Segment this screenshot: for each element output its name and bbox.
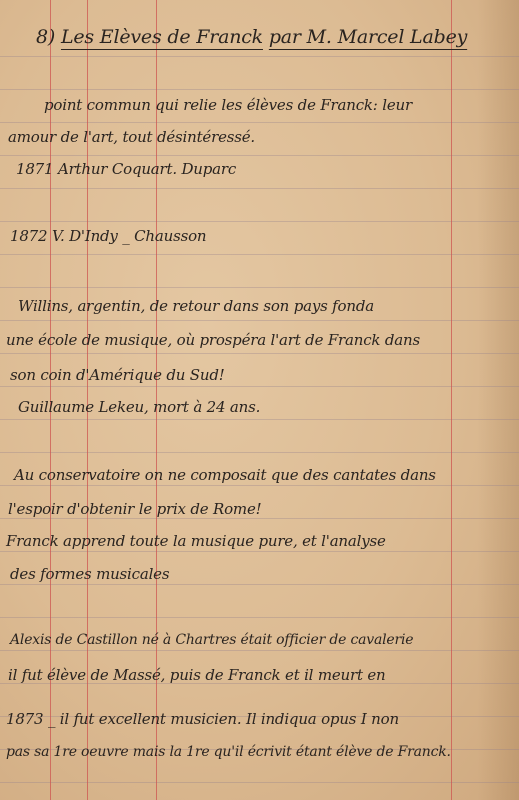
ruled-line — [0, 287, 519, 288]
margin-line — [451, 0, 452, 800]
text-line: amour de l'art, tout désintéressé. — [8, 128, 255, 146]
notebook-page: 8) Les Elèves de Franck par M. Marcel La… — [0, 0, 519, 800]
ruled-line — [0, 485, 519, 486]
ruled-line — [0, 419, 519, 420]
text-line: 1871 Arthur Coquart. Duparc — [16, 160, 236, 178]
ruled-line — [0, 89, 519, 90]
ruled-line — [0, 518, 519, 519]
text-line: l'espoir d'obtenir le prix de Rome! — [8, 500, 261, 518]
text-line: Guillaume Lekeu, mort à 24 ans. — [18, 398, 260, 416]
text-line: Au conservatoire on ne composait que des… — [14, 466, 436, 484]
ruled-line — [0, 782, 519, 783]
ruled-line — [0, 56, 519, 57]
text-line: il fut élève de Massé, puis de Franck et… — [8, 666, 386, 684]
text-line: Alexis de Castillon né à Chartres était … — [10, 632, 413, 648]
ruled-line — [0, 188, 519, 189]
title-author: par M. Marcel Labey — [269, 26, 467, 48]
title-number: 8) — [36, 26, 55, 48]
ruled-line — [0, 650, 519, 651]
ruled-line — [0, 320, 519, 321]
ruled-line — [0, 221, 519, 222]
ruled-line — [0, 155, 519, 156]
text-line: une école de musique, où prospéra l'art … — [6, 331, 420, 349]
ruled-line — [0, 254, 519, 255]
ruled-line — [0, 386, 519, 387]
text-line: des formes musicales — [10, 565, 169, 583]
title-text: Les Elèves de Franck — [61, 26, 263, 48]
text-line: son coin d'Amérique du Sud! — [10, 366, 225, 384]
ruled-line — [0, 452, 519, 453]
text-line: Willins, argentin, de retour dans son pa… — [18, 297, 374, 315]
ruled-line — [0, 551, 519, 552]
ruled-line — [0, 353, 519, 354]
ruled-line — [0, 122, 519, 123]
text-line: pas sa 1re oeuvre mais la 1re qu'il écri… — [6, 744, 451, 760]
text-line: 1872 V. D'Indy _ Chausson — [10, 227, 206, 245]
page-title: 8) Les Elèves de Franck par M. Marcel La… — [36, 26, 467, 48]
text-line: Franck apprend toute la musique pure, et… — [6, 532, 386, 550]
ruled-line — [0, 617, 519, 618]
text-line: point commun qui relie les élèves de Fra… — [44, 96, 412, 114]
ruled-line — [0, 584, 519, 585]
text-line: 1873 _ il fut excellent musicien. Il ind… — [6, 710, 399, 728]
